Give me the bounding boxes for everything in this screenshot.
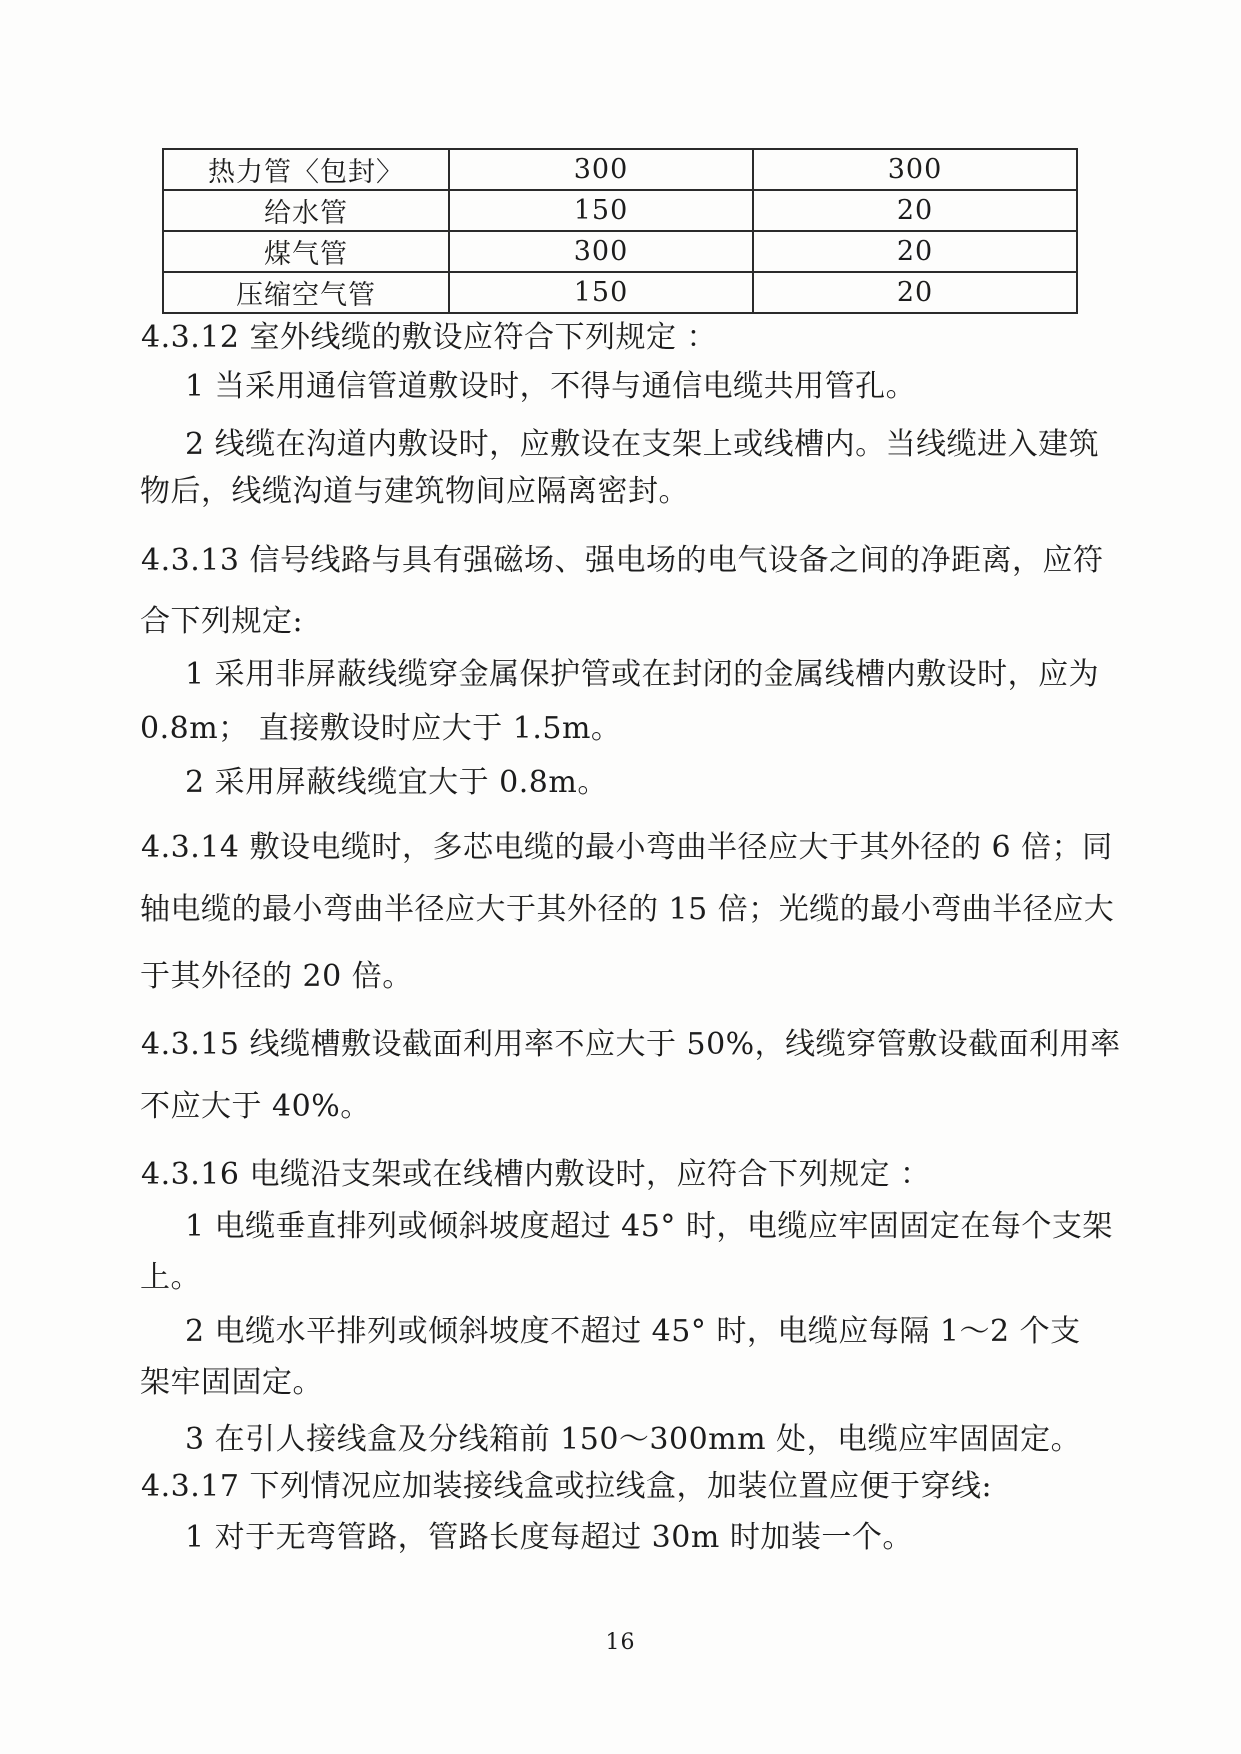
table-cell: 压缩空气管 bbox=[163, 272, 449, 313]
clause-item: 1 当采用通信管道敷设时，不得与通信电缆共用管孔。 bbox=[185, 372, 916, 402]
table-cell: 150 bbox=[449, 272, 753, 313]
clause-item: 1 采用非屏蔽线缆穿金属保护管或在封闭的金属线槽内敷设时，应为 bbox=[185, 660, 1099, 690]
table-row: 煤气管 300 20 bbox=[163, 231, 1077, 272]
clause-continuation: 不应大于 40%。 bbox=[140, 1092, 371, 1122]
table-cell: 300 bbox=[753, 149, 1077, 190]
clause-item: 3 在引人接线盒及分线箱前 150～300mm 处，电缆应牢固固定。 bbox=[185, 1425, 1081, 1455]
clause-4-3-14: 4.3.14 敷设电缆时，多芯电缆的最小弯曲半径应大于其外径的 6 倍；同 bbox=[141, 833, 1113, 863]
clause-4-3-12: 4.3.12 室外线缆的敷设应符合下列规定 ： bbox=[141, 323, 717, 353]
page-number: 16 bbox=[0, 1630, 1241, 1655]
clause-item: 2 电缆水平排列或倾斜坡度不超过 45° 时，电缆应每隔 1～2 个支 bbox=[185, 1317, 1081, 1347]
clause-item: 1 对于无弯管路，管路长度每超过 30m 时加装一个。 bbox=[185, 1523, 913, 1553]
clause-item: 2 采用屏蔽线缆宜大于 0.8m。 bbox=[185, 768, 608, 798]
table-cell: 20 bbox=[753, 231, 1077, 272]
clause-4-3-15: 4.3.15 线缆槽敷设截面利用率不应大于 50%，线缆穿管敷设截面利用率 bbox=[141, 1030, 1121, 1060]
table-cell: 300 bbox=[449, 231, 753, 272]
table-cell: 20 bbox=[753, 272, 1077, 313]
clause-continuation: 轴电缆的最小弯曲半径应大于其外径的 15 倍；光缆的最小弯曲半径应大 bbox=[140, 895, 1114, 925]
table-cell: 煤气管 bbox=[163, 231, 449, 272]
clause-item: 2 线缆在沟道内敷设时，应敷设在支架上或线槽内。当线缆进入建筑 bbox=[185, 430, 1099, 460]
table-cell: 300 bbox=[449, 149, 753, 190]
clause-continuation: 0.8m； 直接敷设时应大于 1.5m。 bbox=[140, 714, 621, 744]
table-cell: 150 bbox=[449, 190, 753, 231]
clause-4-3-17: 4.3.17 下列情况应加装接线盒或拉线盒，加装位置应便于穿线: bbox=[141, 1472, 992, 1502]
clause-item: 1 电缆垂直排列或倾斜坡度超过 45° 时，电缆应牢固固定在每个支架 bbox=[185, 1212, 1113, 1242]
clause-continuation: 合下列规定: bbox=[140, 607, 303, 637]
clause-continuation: 上。 bbox=[140, 1263, 201, 1293]
pipe-clearance-table: 热力管〈包封〉 300 300 给水管 150 20 煤气管 300 20 压缩… bbox=[162, 148, 1078, 314]
clause-4-3-13: 4.3.13 信号线路与具有强磁场、强电场的电气设备之间的净距离，应符 bbox=[141, 546, 1103, 576]
table-row: 热力管〈包封〉 300 300 bbox=[163, 149, 1077, 190]
table-row: 给水管 150 20 bbox=[163, 190, 1077, 231]
clause-4-3-16: 4.3.16 电缆沿支架或在线槽内敷设时，应符合下列规定 ： bbox=[141, 1160, 931, 1190]
clause-continuation: 物后，线缆沟道与建筑物间应隔离密封。 bbox=[140, 477, 689, 507]
table-cell: 20 bbox=[753, 190, 1077, 231]
clause-continuation: 于其外径的 20 倍。 bbox=[140, 962, 413, 992]
table-cell: 热力管〈包封〉 bbox=[163, 149, 449, 190]
document-page: 热力管〈包封〉 300 300 给水管 150 20 煤气管 300 20 压缩… bbox=[0, 0, 1241, 1754]
table-cell: 给水管 bbox=[163, 190, 449, 231]
table-row: 压缩空气管 150 20 bbox=[163, 272, 1077, 313]
clause-continuation: 架牢固固定。 bbox=[140, 1368, 323, 1398]
